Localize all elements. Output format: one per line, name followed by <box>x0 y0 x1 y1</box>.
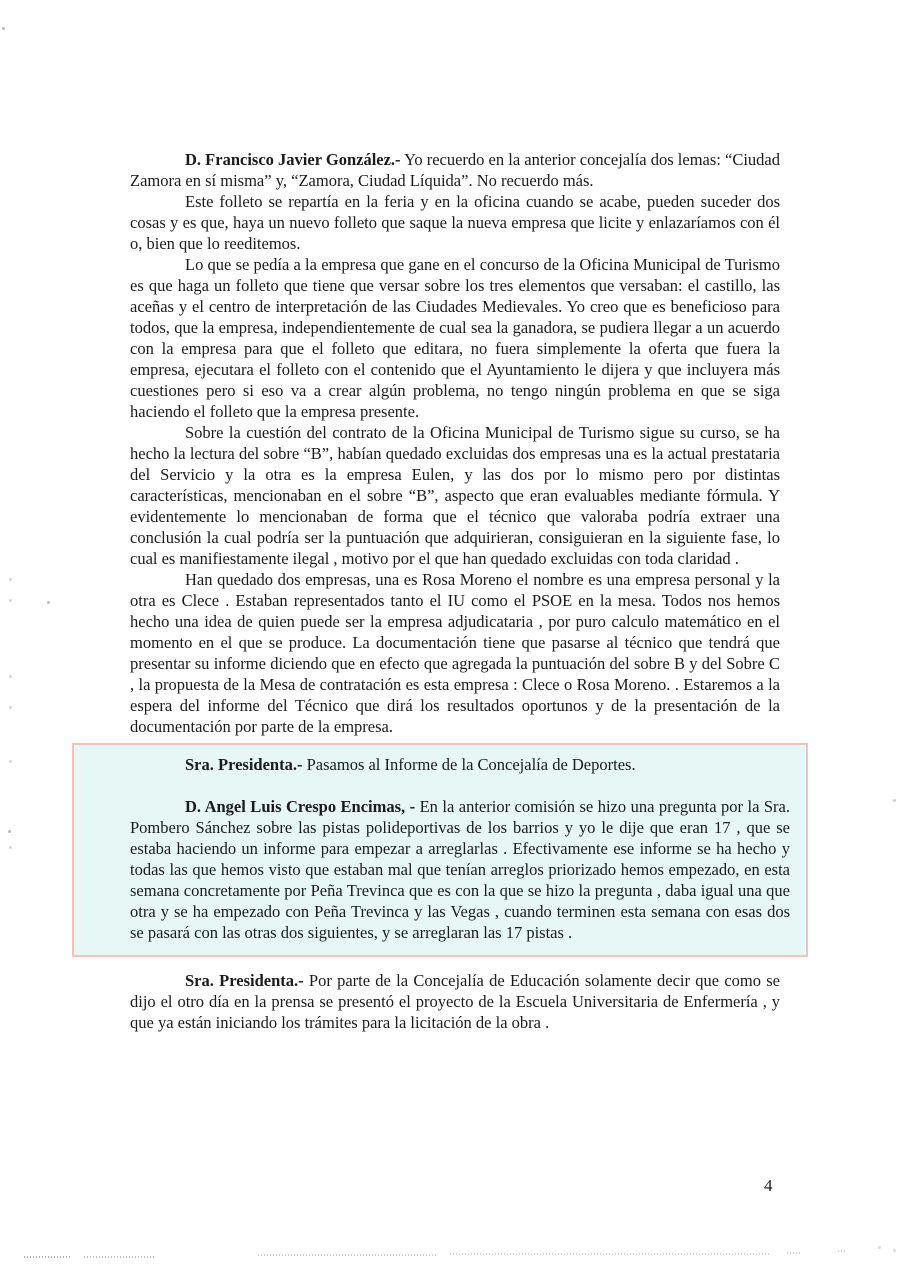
scan-artifact <box>9 760 12 763</box>
paragraph-text: Lo que se pedía a la empresa que gane en… <box>130 255 780 421</box>
scan-artifact <box>9 846 12 849</box>
scan-artifact <box>258 1254 438 1256</box>
body-text: D. Francisco Javier González.- Yo recuer… <box>72 149 808 1033</box>
speaker-name: Sra. Presidenta.- <box>185 755 302 774</box>
scan-artifact <box>893 1249 896 1252</box>
speaker-name: Sra. Presidenta.- <box>185 971 304 990</box>
scan-artifact <box>9 578 12 581</box>
paragraph: Sra. Presidenta.- Por parte de la Concej… <box>130 970 780 1033</box>
paragraph-text: Este folleto se repartía en la feria y e… <box>130 192 780 253</box>
paragraph: Sra. Presidenta.- Pasamos al Informe de … <box>130 754 790 775</box>
paragraph: D. Francisco Javier González.- Yo recuer… <box>130 149 780 191</box>
paragraph-text: Han quedado dos empresas, una es Rosa Mo… <box>130 570 780 736</box>
scan-artifact <box>450 1253 770 1255</box>
page-number: 4 <box>764 1176 773 1196</box>
scan-artifact <box>9 675 12 678</box>
scan-artifact <box>84 1256 154 1258</box>
highlighted-section: Sra. Presidenta.- Pasamos al Informe de … <box>72 743 808 957</box>
paragraph: Este folleto se repartía en la feria y e… <box>130 191 780 254</box>
paragraph: Lo que se pedía a la empresa que gane en… <box>130 254 780 422</box>
scan-artifact <box>838 1250 846 1252</box>
scan-artifact <box>24 1256 72 1258</box>
scan-artifact <box>787 1252 801 1254</box>
scanned-document-page: { "main": { "paragraphs": [ { "speaker":… <box>0 0 900 1281</box>
paragraph: Sobre la cuestión del contrato de la Ofi… <box>130 422 780 569</box>
speaker-name: D. Francisco Javier González.- <box>185 150 401 169</box>
scan-artifact <box>878 1246 881 1249</box>
scan-artifact <box>8 830 11 833</box>
scan-artifact <box>893 799 896 802</box>
scan-artifact <box>9 599 12 602</box>
paragraph: Han quedado dos empresas, una es Rosa Mo… <box>130 569 780 737</box>
paragraph-text: Pasamos al Informe de la Concejalía de D… <box>302 755 635 774</box>
scan-artifact <box>9 706 12 709</box>
scan-artifact <box>47 601 50 604</box>
speaker-name: D. Angel Luis Crespo Encimas, - <box>185 797 415 816</box>
paragraph-text: En la anterior comisión se hizo una preg… <box>130 797 790 942</box>
scan-artifact <box>2 27 5 30</box>
paragraph: D. Angel Luis Crespo Encimas, - En la an… <box>130 796 790 943</box>
paragraph-text: Sobre la cuestión del contrato de la Ofi… <box>130 423 780 568</box>
